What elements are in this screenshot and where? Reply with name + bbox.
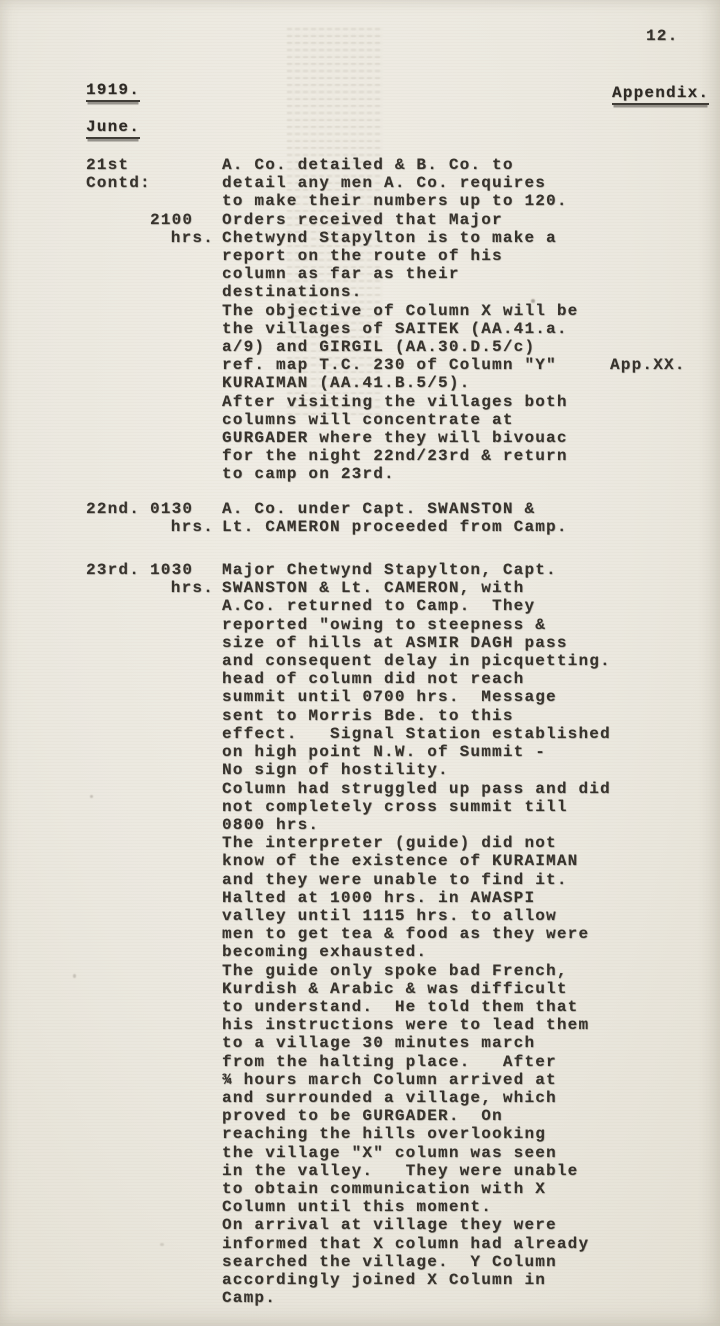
- entry-time-value: 1030: [150, 561, 214, 579]
- entry-text-line: ¾ hours march Column arrived at: [222, 1071, 720, 1089]
- entry-text-line: to obtain communication with X: [222, 1180, 720, 1198]
- entry-text-line: GURGADER where they will bivouac: [222, 429, 720, 447]
- appendix-heading: Appendix.: [612, 84, 709, 105]
- entry-text: A. Co. under Capt. SWANSTON &Lt. CAMERON…: [222, 500, 720, 536]
- entry-text-line: Kurdish & Arabic & was difficult: [222, 980, 720, 998]
- entry-text-line: detail any men A. Co. requires: [222, 174, 720, 192]
- entry-text-line: sent to Morris Bde. to this: [222, 707, 720, 725]
- entry-text-line: A.Co. returned to Camp. They: [222, 597, 720, 615]
- entry-text-line: a/9) and GIRGIL (AA.30.D.5/c): [222, 338, 720, 356]
- entry-text-line: on high point N.W. of Summit -: [222, 743, 720, 761]
- entry-text-line: SWANSTON & Lt. CAMERON, with: [222, 579, 720, 597]
- entry-date-line: 21st: [86, 156, 151, 174]
- entry-text-line: to understand. He told them that: [222, 998, 720, 1016]
- entry-text-line: After visiting the villages both: [222, 393, 720, 411]
- entry-text-line: destinations.: [222, 283, 720, 301]
- entry-text-line: A. Co. under Capt. SWANSTON &: [222, 500, 720, 518]
- entry-date-line: 23rd.: [86, 561, 140, 579]
- entry-text-line: columns will concentrate at: [222, 411, 720, 429]
- entry-text-line: men to get tea & food as they were: [222, 925, 720, 943]
- margin-note: App.XX.: [610, 356, 686, 374]
- month-heading: June.: [86, 118, 140, 139]
- entry-text-line: Column had struggled up pass and did: [222, 780, 720, 798]
- entry-text-line: Major Chetwynd Stapylton, Capt.: [222, 561, 720, 579]
- entry-text-line: not completely cross summit till: [222, 798, 720, 816]
- entry-text-line: for the night 22nd/23rd & return: [222, 447, 720, 465]
- entry-text-line: and they were unable to find it.: [222, 871, 720, 889]
- entry-text-line: the village "X" column was seen: [222, 1144, 720, 1162]
- entry-text-line: to make their numbers up to 120.: [222, 192, 720, 210]
- year-heading: 1919.: [86, 81, 140, 102]
- year-heading-wrap: 1919.: [86, 81, 140, 102]
- entry-text-line: The objective of Column X will be: [222, 302, 720, 320]
- entry-text-line: KURAIMAN (AA.41.B.5/5).: [222, 374, 720, 392]
- entry-text-line: Halted at 1000 hrs. in AWASPI: [222, 889, 720, 907]
- entry-text-line: to camp on 23rd.: [222, 465, 720, 483]
- entry-text-line: know of the existence of KURAIMAN: [222, 852, 720, 870]
- entry-text-line: column as far as their: [222, 265, 720, 283]
- entry-text-line: 0800 hrs.: [222, 816, 720, 834]
- diary-entry: 21stContd:2100hrs.A. Co. detailed & B. C…: [0, 156, 720, 484]
- entry-text-line: valley until 1115 hrs. to allow: [222, 907, 720, 925]
- entry-time-value: 2100: [150, 211, 214, 229]
- entry-date-line: Contd:: [86, 174, 151, 192]
- entry-text-line: summit until 0700 hrs. Message: [222, 688, 720, 706]
- entry-text-line: in the valley. They were unable: [222, 1162, 720, 1180]
- entry-time: 1030hrs.: [150, 561, 214, 597]
- entry-text-line: A. Co. detailed & B. Co. to: [222, 156, 720, 174]
- entry-text-line: Column until this moment.: [222, 1198, 720, 1216]
- entry-text: A. Co. detailed & B. Co. todetail any me…: [222, 156, 720, 484]
- diary-entry: 22nd.0130hrs.A. Co. under Capt. SWANSTON…: [0, 500, 720, 536]
- page-number: 12.: [646, 27, 678, 45]
- entry-text-line: accordingly joined X Column in: [222, 1271, 720, 1289]
- entry-text-line: size of hills at ASMIR DAGH pass: [222, 634, 720, 652]
- entry-text-line: Lt. CAMERON proceeded from Camp.: [222, 518, 720, 536]
- entry-date: 22nd.: [86, 500, 140, 518]
- entry-time: 0130hrs.: [150, 500, 214, 536]
- entry-text-line: and surrounded a village, which: [222, 1089, 720, 1107]
- entry-text-line: The guide only spoke bad French,: [222, 962, 720, 980]
- appendix-heading-wrap: Appendix.: [612, 84, 709, 105]
- diary-entry: 23rd.1030hrs.Major Chetwynd Stapylton, C…: [0, 561, 720, 1307]
- entry-text-line: Chetwynd Stapylton is to make a: [222, 229, 720, 247]
- entry-text: Major Chetwynd Stapylton, Capt.SWANSTON …: [222, 561, 720, 1307]
- month-heading-wrap: June.: [86, 118, 140, 139]
- entry-text-line: and consequent delay in picquetting.: [222, 652, 720, 670]
- document-page: 12. 1919. Appendix. June. 21stContd:2100…: [0, 0, 720, 1326]
- entry-text-line: head of column did not reach: [222, 670, 720, 688]
- entry-time-unit: hrs.: [150, 518, 214, 536]
- entry-text-line: his instructions were to lead them: [222, 1016, 720, 1034]
- entry-text-line: On arrival at village they were: [222, 1216, 720, 1234]
- entry-text-line: informed that X column had already: [222, 1235, 720, 1253]
- entry-text-line: to a village 30 minutes march: [222, 1034, 720, 1052]
- entry-text-line: report on the route of his: [222, 247, 720, 265]
- entry-date-line: 22nd.: [86, 500, 140, 518]
- entry-date: 23rd.: [86, 561, 140, 579]
- entry-text-line: Orders received that Major: [222, 211, 720, 229]
- entry-text-line: proved to be GURGADER. On: [222, 1107, 720, 1125]
- entry-text-line: Camp.: [222, 1289, 720, 1307]
- entry-text-line: The interpreter (guide) did not: [222, 834, 720, 852]
- entry-text-line: reported "owing to steepness &: [222, 616, 720, 634]
- diary-entries: 21stContd:2100hrs.A. Co. detailed & B. C…: [0, 156, 720, 1307]
- entry-time: 2100hrs.: [150, 211, 214, 247]
- entry-text-line: becoming exhausted.: [222, 943, 720, 961]
- entry-text-line: the villages of SAITEK (AA.41.a.: [222, 320, 720, 338]
- entry-time-value: 0130: [150, 500, 214, 518]
- entry-text-line: No sign of hostility.: [222, 761, 720, 779]
- entry-text-line: reaching the hills overlooking: [222, 1125, 720, 1143]
- entry-text-line: searched the village. Y Column: [222, 1253, 720, 1271]
- entry-text-line: effect. Signal Station established: [222, 725, 720, 743]
- entry-time-unit: hrs.: [150, 579, 214, 597]
- entry-date: 21stContd:: [86, 156, 151, 192]
- entry-time-unit: hrs.: [150, 229, 214, 247]
- entry-text-line: from the halting place. After: [222, 1053, 720, 1071]
